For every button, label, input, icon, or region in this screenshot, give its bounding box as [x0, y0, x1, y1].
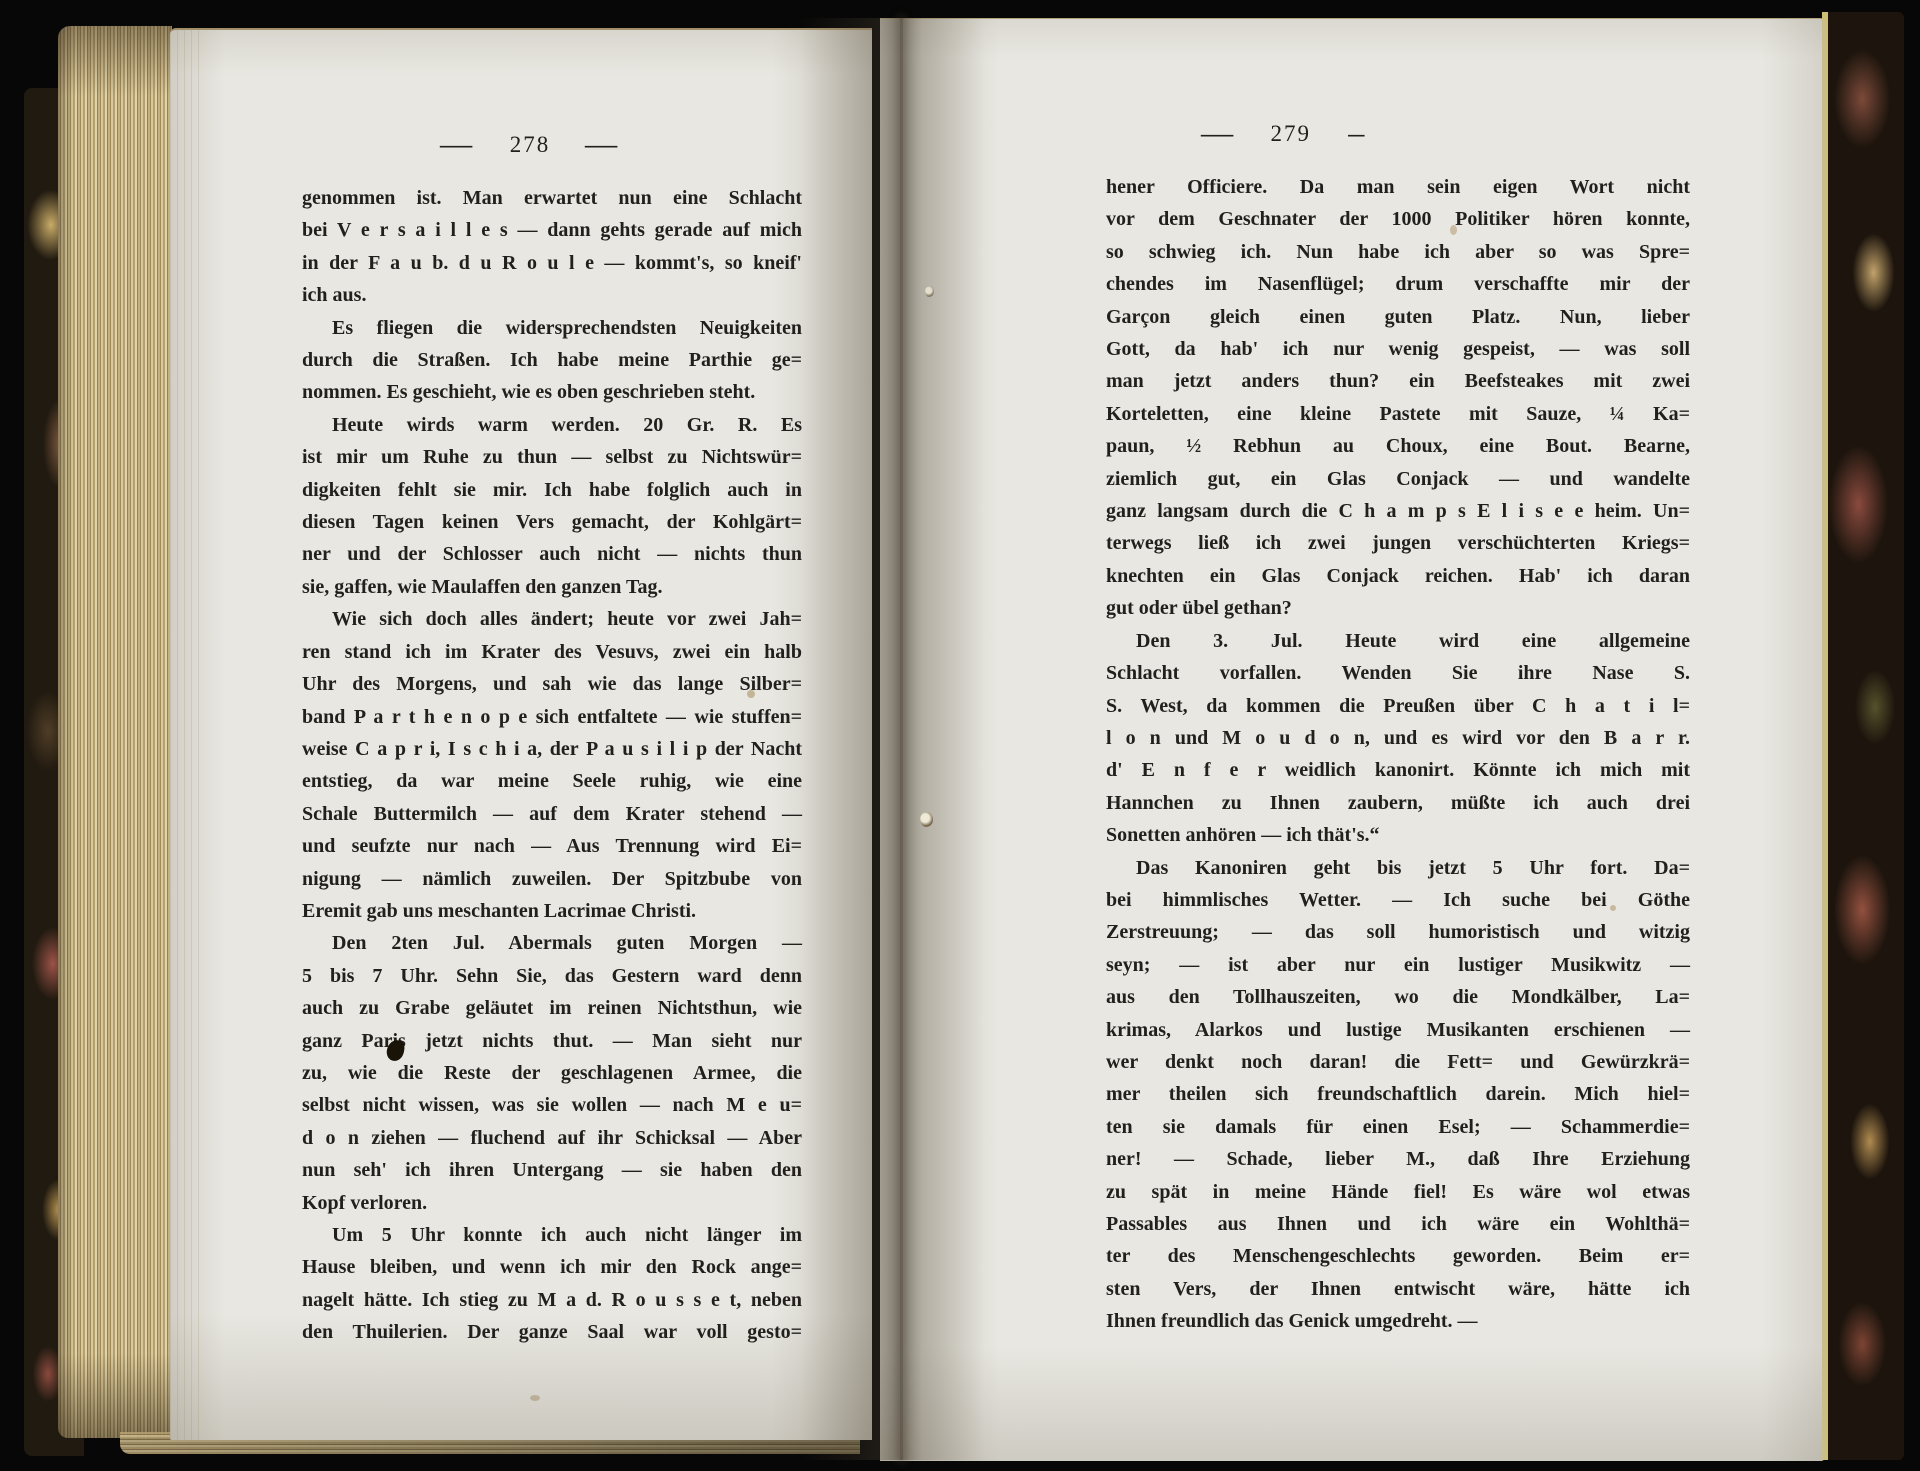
text-line: genommen ist. Man erwartet nun eine Schl…	[302, 182, 802, 214]
left-page: — 278 — genommen ist. Man erwartet nun e…	[170, 28, 872, 1440]
header-dash: —	[1201, 121, 1236, 147]
right-page: — 279 – hener Officiere. Da man sein eig…	[880, 18, 1825, 1461]
text-line: hener Officiere. Da man sein eigen Wort …	[1106, 171, 1690, 203]
text-line: ist mir um Ruhe zu thun — selbst zu Nich…	[302, 441, 802, 473]
text-line: nagelt hätte. Ich stieg zu M a d. R o u …	[302, 1284, 802, 1316]
text-line: aus den Tollhauszeiten, wo die Mondkälbe…	[1106, 981, 1690, 1013]
text-line: Kopf verloren.	[302, 1187, 802, 1219]
text-line: bei himmlisches Wetter. — Ich suche bei …	[1106, 884, 1690, 916]
text-line: ten sie damals für einen Esel; — Schamme…	[1106, 1111, 1690, 1143]
header-dash: —	[585, 132, 620, 158]
text-line: zu, wie die Reste der geschlagenen Armee…	[302, 1057, 802, 1089]
right-page-text: hener Officiere. Da man sein eigen Wort …	[1106, 171, 1690, 1338]
text-line: ner und der Schlosser auch nicht — nicht…	[302, 538, 802, 570]
text-line: vor dem Geschnater der 1000 Politiker hö…	[1106, 203, 1690, 235]
left-page-text: genommen ist. Man erwartet nun eine Schl…	[302, 182, 802, 1349]
text-line: ganz Paris jetzt nichts thut. — Man sieh…	[302, 1025, 802, 1057]
text-line: l o n und M o u d o n, und es wird vor d…	[1106, 722, 1690, 754]
text-line: sie, gaffen, wie Maulaffen den ganzen Ta…	[302, 571, 802, 603]
text-line: und seufzte nur nach — Aus Trennung wird…	[302, 830, 802, 862]
right-marbled-board	[1822, 12, 1904, 1460]
binding-crease	[900, 18, 903, 1460]
text-line: chendes im Nasenflügel; drum verschaffte…	[1106, 268, 1690, 300]
page-block-fore-edge	[58, 26, 172, 1438]
text-line: Den 2ten Jul. Abermals guten Morgen —	[302, 927, 802, 959]
text-line: ich aus.	[302, 279, 802, 311]
text-line: selbst nicht wissen, was sie wollen — na…	[302, 1089, 802, 1121]
text-line: ter des Menschengeschlechts geworden. Be…	[1106, 1240, 1690, 1272]
text-line: d' E n f e r weidlich kanonirt. Könnte i…	[1106, 754, 1690, 786]
text-line: band P a r t h e n o p e sich entfaltete…	[302, 701, 802, 733]
text-line: digkeiten fehlt sie mir. Ich habe folgli…	[302, 474, 802, 506]
text-line: Den 3. Jul. Heute wird eine allgemeine	[1106, 625, 1690, 657]
text-line: man jetzt anders thun? ein Beefsteakes m…	[1106, 365, 1690, 397]
text-line: 5 bis 7 Uhr. Sehn Sie, das Gestern ward …	[302, 960, 802, 992]
text-line: nun seh' ich ihren Untergang — sie haben…	[302, 1154, 802, 1186]
text-line: Korteletten, eine kleine Pastete mit Sau…	[1106, 398, 1690, 430]
text-line: den Thuilerien. Der ganze Saal war voll …	[302, 1316, 802, 1348]
text-line: ner! — Schade, lieber M., daß Ihre Erzie…	[1106, 1143, 1690, 1175]
text-line: bei V e r s a i l l e s — dann gehts ger…	[302, 214, 802, 246]
text-line: nommen. Es geschieht, wie es oben geschr…	[302, 376, 802, 408]
text-line: S. West, da kommen die Preußen über C h …	[1106, 690, 1690, 722]
text-line: sten Vers, der Ihnen entwischt wäre, hät…	[1106, 1273, 1690, 1305]
text-line: Heute wirds warm werden. 20 Gr. R. Es	[302, 409, 802, 441]
text-line: Hause bleiben, und wenn ich mir den Rock…	[302, 1251, 802, 1283]
text-line: Wie sich doch alles ändert; heute vor zw…	[302, 603, 802, 635]
right-page-header: — 279 –	[1135, 117, 1435, 151]
text-line: Das Kanoniren geht bis jetzt 5 Uhr fort.…	[1106, 852, 1690, 884]
text-line: Sonetten anhören — ich thät's.“	[1106, 819, 1690, 851]
text-line: gut oder übel gethan?	[1106, 592, 1690, 624]
text-line: terwegs ließ ich zwei jungen verschüchte…	[1106, 527, 1690, 559]
text-line: Schlacht vorfallen. Wenden Sie ihre Nase…	[1106, 657, 1690, 689]
text-line: weise C a p r i, I s c h i a, der P a u …	[302, 733, 802, 765]
sewing-hole	[925, 286, 934, 297]
text-line: Schale Buttermilch — auf dem Krater steh…	[302, 798, 802, 830]
text-line: knechten ein Glas Conjack reichen. Hab' …	[1106, 560, 1690, 592]
text-line: diesen Tagen keinen Vers gemacht, der Ko…	[302, 506, 802, 538]
text-line: ren stand ich im Krater des Vesuvs, zwei…	[302, 636, 802, 668]
text-line: Zerstreuung; — das soll humoristisch und…	[1106, 916, 1690, 948]
text-line: paun, ½ Rebhun au Choux, eine Bout. Bear…	[1106, 430, 1690, 462]
text-line: nigung — nämlich zuweilen. Der Spitzbube…	[302, 863, 802, 895]
text-line: so schwieg ich. Nun habe ich aber so was…	[1106, 236, 1690, 268]
text-line: entstieg, da war meine Seele ruhig, wie …	[302, 765, 802, 797]
text-line: Hannchen zu Ihnen zaubern, müßte ich auc…	[1106, 787, 1690, 819]
text-line: Es fliegen die widersprechendsten Neuigk…	[302, 312, 802, 344]
text-line: Eremit gab uns meschanten Lacrimae Chris…	[302, 895, 802, 927]
text-line: mer theilen sich freundschaftlich darein…	[1106, 1078, 1690, 1110]
text-line: ziemlich gut, ein Glas Conjack — und wan…	[1106, 463, 1690, 495]
text-line: in der F a u b. d u R o u l e — kommt's,…	[302, 247, 802, 279]
sewing-hole	[920, 812, 933, 827]
text-line: ganz langsam durch die C h a m p s E l i…	[1106, 495, 1690, 527]
left-page-header: — 278 —	[380, 128, 680, 162]
text-line: Passables aus Ihnen und ich wäre ein Woh…	[1106, 1208, 1690, 1240]
text-line: wer denkt noch daran! die Fett= und Gewü…	[1106, 1046, 1690, 1078]
text-line: auch zu Grabe geläutet im reinen Nichtst…	[302, 992, 802, 1024]
text-line: seyn; — ist aber nur ein lustiger Musikw…	[1106, 949, 1690, 981]
header-dash: —	[440, 132, 475, 158]
text-line: Uhr des Morgens, und sah wie das lange S…	[302, 668, 802, 700]
text-line: d o n ziehen — fluchend auf ihr Schicksa…	[302, 1122, 802, 1154]
text-line: krimas, Alarkos und lustige Musikanten e…	[1106, 1014, 1690, 1046]
text-line: Garçon gleich einen guten Platz. Nun, li…	[1106, 301, 1690, 333]
text-line: durch die Straßen. Ich habe meine Parthi…	[302, 344, 802, 376]
text-line: Um 5 Uhr konnte ich auch nicht länger im	[302, 1219, 802, 1251]
text-line: Ihnen freundlich das Genick umgedreht. —	[1106, 1305, 1690, 1337]
header-dash: –	[1348, 121, 1367, 147]
text-line: zu spät in meine Hände fiel! Es wäre wol…	[1106, 1176, 1690, 1208]
text-line: Gott, da hab' ich nur wenig gespeist, — …	[1106, 333, 1690, 365]
page-number: 279	[1271, 121, 1312, 147]
page-number: 278	[510, 132, 551, 158]
